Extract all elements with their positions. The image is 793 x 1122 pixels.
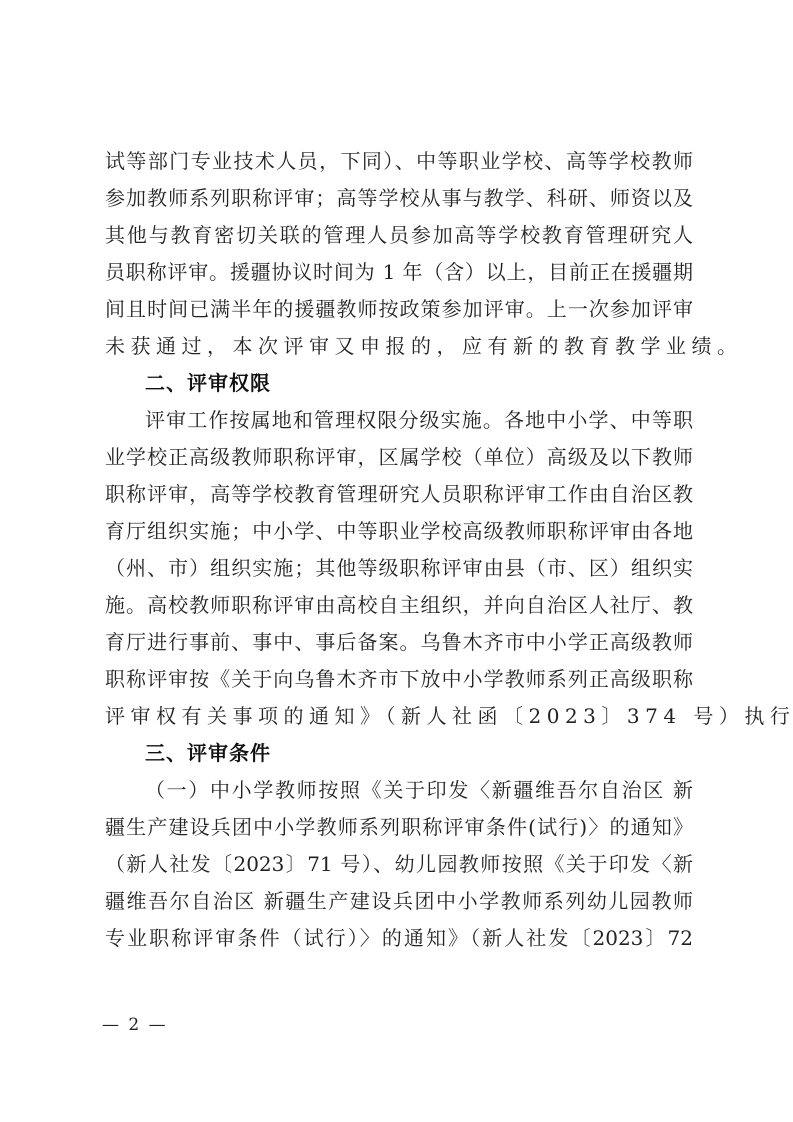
paragraph-review-authority: 评审工作按属地和管理权限分级实施。各地中小学、中等职 业学校正高级教师职称评审，… [105,402,693,735]
text-line: 未获通过，本次评审又申报的，应有新的教育教学业绩。 [105,328,693,365]
text-line: 试等部门专业技术人员，下同）、中等职业学校、高等学校教师 [105,143,693,180]
text-line: 职称评审按《关于向乌鲁木齐市下放中小学教师系列正高级职称 [105,661,693,698]
text-line: 参加教师系列职称评审；高等学校从事与教学、科研、师资以及 [105,180,693,217]
text-line: 间且时间已满半年的援疆教师按政策参加评审。上一次参加评审 [105,291,693,328]
text-line: （州、市）组织实施；其他等级职称评审由县（市、区）组织实 [105,550,693,587]
text-line: 其他与教育密切关联的管理人员参加高等学校教育管理研究人 [105,217,693,254]
text-line: 评审权有关事项的通知》（新人社函〔2023〕374 号）执行。 [105,698,693,735]
paragraph-review-conditions: （一）中小学教师按照《关于印发〈新疆维吾尔自治区 新 疆生产建设兵团中小学教师系… [105,772,693,957]
text-line: 疆维吾尔自治区 新疆生产建设兵团中小学教师系列幼儿园教师 [105,883,693,920]
section-heading-review-authority: 二、评审权限 [105,365,693,402]
text-line: （新人社发〔2023〕71 号）、幼儿园教师按照《关于印发〈新 [105,846,693,883]
document-body: 试等部门专业技术人员，下同）、中等职业学校、高等学校教师 参加教师系列职称评审；… [105,143,693,957]
text-line: （一）中小学教师按照《关于印发〈新疆维吾尔自治区 新 [105,772,693,809]
page-number: — 2 — [102,1015,168,1035]
section-heading-review-conditions: 三、评审条件 [105,735,693,772]
text-line: 施。高校教师职称评审由高校自主组织，并向自治区人社厅、教 [105,587,693,624]
text-line: 业学校正高级教师职称评审，区属学校（单位）高级及以下教师 [105,439,693,476]
text-line: 员职称评审。援疆协议时间为 1 年（含）以上，目前正在援疆期 [105,254,693,291]
text-line: 疆生产建设兵团中小学教师系列职称评审条件(试行)〉的通知》 [105,809,693,846]
text-line: 育厅组织实施；中小学、中等职业学校高级教师职称评审由各地 [105,513,693,550]
text-line: 专业职称评审条件（试行）〉的通知》（新人社发〔2023〕72 [105,920,693,957]
document-page: 试等部门专业技术人员，下同）、中等职业学校、高等学校教师 参加教师系列职称评审；… [0,0,793,1122]
text-line: 评审工作按属地和管理权限分级实施。各地中小学、中等职 [105,402,693,439]
text-line: 职称评审，高等学校教育管理研究人员职称评审工作由自治区教 [105,476,693,513]
text-line: 育厅进行事前、事中、事后备案。乌鲁木齐市中小学正高级教师 [105,624,693,661]
paragraph-eligibility-continued: 试等部门专业技术人员，下同）、中等职业学校、高等学校教师 参加教师系列职称评审；… [105,143,693,365]
